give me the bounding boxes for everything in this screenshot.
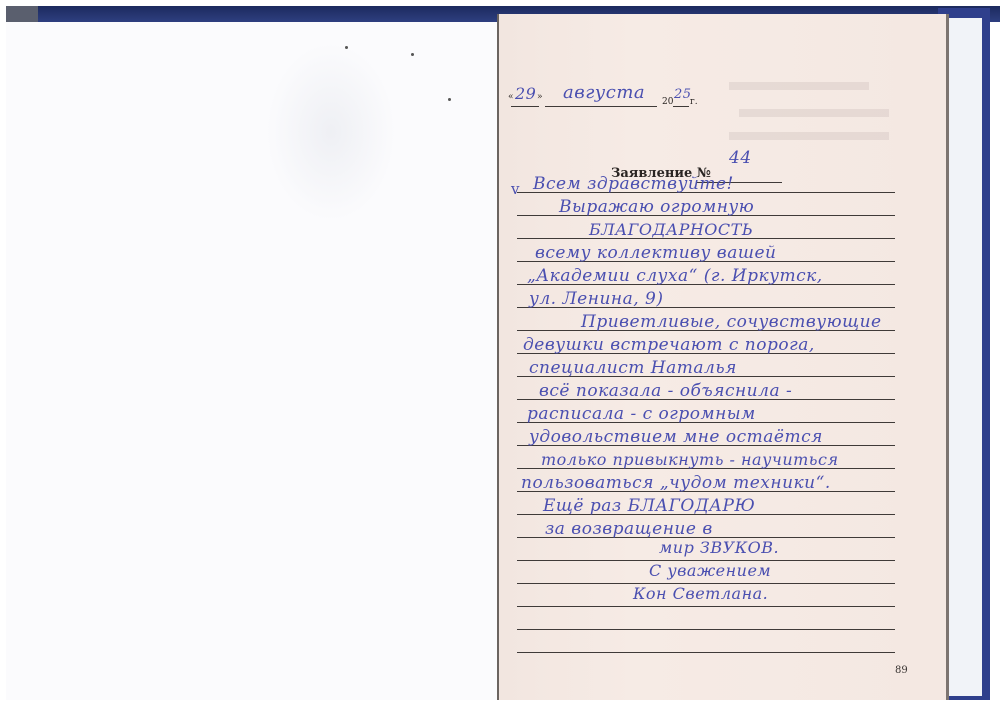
date-month: августа [563, 82, 645, 103]
year-underline [673, 106, 689, 107]
handwritten-line: только привыкнуть - научиться [541, 450, 839, 469]
statement-number: 44 [729, 148, 752, 168]
cover-corner [6, 6, 38, 22]
handwritten-line: мир ЗВУКОВ. [659, 538, 779, 557]
handwritten-line: за возвращение в [545, 519, 713, 539]
date-day: 29 [515, 84, 536, 103]
right-page: « 29 » августа 20 25 г. Заявление № 44 v… [497, 14, 949, 700]
handwritten-line: Приветливые, сочувствующие [581, 312, 882, 332]
speck [411, 53, 414, 56]
handwritten-line: всё показала - объяснила - [539, 381, 792, 401]
date-open-quote: « [508, 92, 514, 102]
handwritten-line: всему коллективу вашей [535, 243, 776, 263]
date-close-quote: » [537, 92, 543, 102]
ruled-line [517, 629, 895, 630]
handwritten-line: Выражаю огромную [559, 197, 754, 217]
year-abbrev: г. [690, 97, 698, 107]
handwritten-line: Ещё раз БЛАГОДАРЮ [543, 496, 755, 516]
handwritten-line: „Академии слуха“ (г. Иркутск, [527, 266, 823, 286]
handwritten-line: С уважением [649, 561, 771, 580]
page-edge [946, 14, 949, 700]
year-prefix: 20 [662, 97, 673, 107]
handwritten-line: расписала - с огромным [527, 404, 756, 424]
handwritten-line: специалист Наталья [529, 358, 737, 378]
month-underline [545, 106, 657, 107]
speck [448, 98, 451, 101]
handwritten-line: удовольствием мне остаётся [529, 427, 823, 447]
handwritten-line: ул. Ленина, 9) [529, 289, 663, 309]
handwritten-line: девушки встречают с порога, [523, 335, 815, 355]
left-page-blank [6, 22, 498, 700]
paper-crease [266, 42, 396, 222]
handwritten-line: пользоваться „чудом техники“. [521, 473, 831, 493]
bleed-through [729, 82, 869, 90]
date-year-suffix: 25 [674, 87, 692, 102]
handwritten-line: Кон Светлана. [633, 584, 768, 603]
bleed-through [739, 109, 889, 117]
ruled-line [517, 652, 895, 653]
ruled-line [517, 606, 895, 607]
handwritten-line: БЛАГОДАРНОСТЬ [589, 220, 753, 239]
check-mark: v [511, 180, 520, 198]
day-underline [511, 106, 539, 107]
bleed-through [729, 132, 889, 140]
page-number: 89 [895, 665, 908, 676]
speck [345, 46, 348, 49]
handwritten-line: Всем здравствуйте! [533, 174, 734, 194]
